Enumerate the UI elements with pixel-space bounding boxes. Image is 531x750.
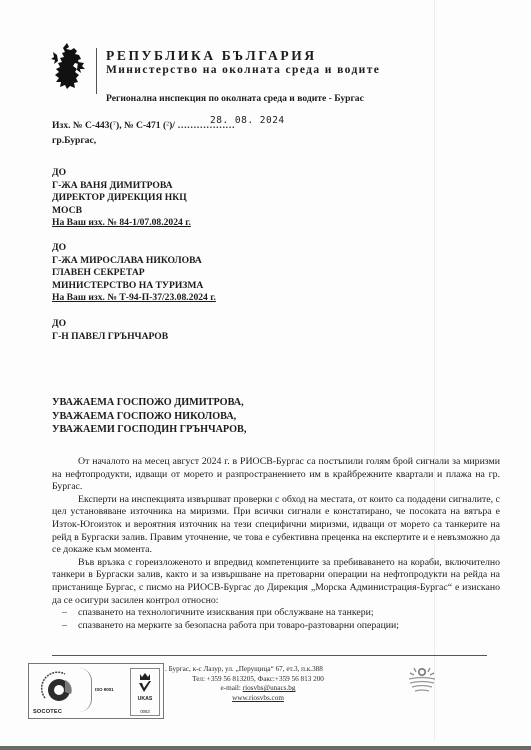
letter-page: РЕПУБЛИКА БЪЛГАРИЯ Министерство на околн… [0, 0, 531, 750]
city: гр.Бургас, [52, 135, 96, 146]
incoming-reference: На Ваш изх. № Т-94-П-37/23.08.2024 г. [52, 292, 216, 305]
body-paragraph: От началото на месец август 2024 г. в РИ… [52, 456, 500, 494]
lion-crest-icon [51, 42, 85, 90]
addressee-block: ДО Г-ЖА МИРОСЛАВА НИКОЛОВА ГЛАВЕН СЕКРЕТ… [52, 242, 216, 305]
list-item: спазването на технологичните изисквания … [52, 607, 500, 620]
website-link[interactable]: www.riosvbs.com [232, 694, 284, 702]
body-paragraph: Експерти на инспекцията извършват провер… [52, 494, 500, 557]
addressee-block: ДО Г-ЖА ВАНЯ ДИМИТРОВА ДИРЕКТОР ДИРЕКЦИЯ… [52, 167, 191, 230]
socotec-label: SOCOTEC [33, 709, 62, 715]
scan-bottom-edge [0, 746, 531, 750]
ukas-logo: UKAS 0063 [130, 668, 160, 716]
body-paragraph: Във връзка с гореизложеното и впредвид к… [52, 557, 500, 607]
iso-label: ISO 9001 [95, 687, 114, 692]
email-line: e-mail: riosvbs@unacs.bg [165, 684, 351, 694]
certification-logos: SOCOTEC ISO 9001 UKAS 0063 [28, 663, 164, 719]
sun-waves-logo-icon [405, 665, 439, 695]
list-item: спазването на мерките за безопасна работ… [52, 620, 500, 633]
stamp-date: 28. 08. 2024 [210, 115, 285, 126]
country-title: РЕПУБЛИКА БЪЛГАРИЯ [106, 48, 317, 64]
footer-divider [52, 655, 487, 656]
address: . Бургас, к-с Лазур, ул. „Перущица“ 67, … [165, 665, 351, 675]
contact-info: . Бургас, к-с Лазур, ул. „Перущица“ 67, … [165, 665, 351, 703]
email-link[interactable]: riosvbs@unacs.bg [243, 684, 296, 692]
outgoing-reference: Изх. № С-443(⁷), № С-471 (²)/ ……………… [52, 120, 235, 131]
socotec-logo-icon [35, 668, 83, 714]
iso-panel-curve [79, 668, 92, 712]
addressee-block: ДО Г-Н ПАВЕЛ ГРЪНЧАРОВ [52, 318, 168, 343]
salutation: УВАЖАЕМА ГОСПОЖО ДИМИТРОВА, УВАЖАЕМА ГОС… [52, 396, 246, 437]
letter-body: От началото на месец август 2024 г. в РИ… [52, 456, 500, 632]
phone-fax: Тел: +359 56 813205, Факс:+359 56 813 20… [165, 675, 351, 685]
incoming-reference: На Ваш изх. № 84-1/07.08.2024 г. [52, 217, 191, 230]
regional-inspectorate: Регионална инспекция по околната среда и… [106, 93, 364, 104]
requirements-list: спазването на технологичните изисквания … [52, 607, 500, 632]
header-separator [96, 48, 97, 94]
ministry-title: Министерство на околната среда и водите [106, 64, 380, 76]
crown-check-icon [137, 672, 153, 694]
